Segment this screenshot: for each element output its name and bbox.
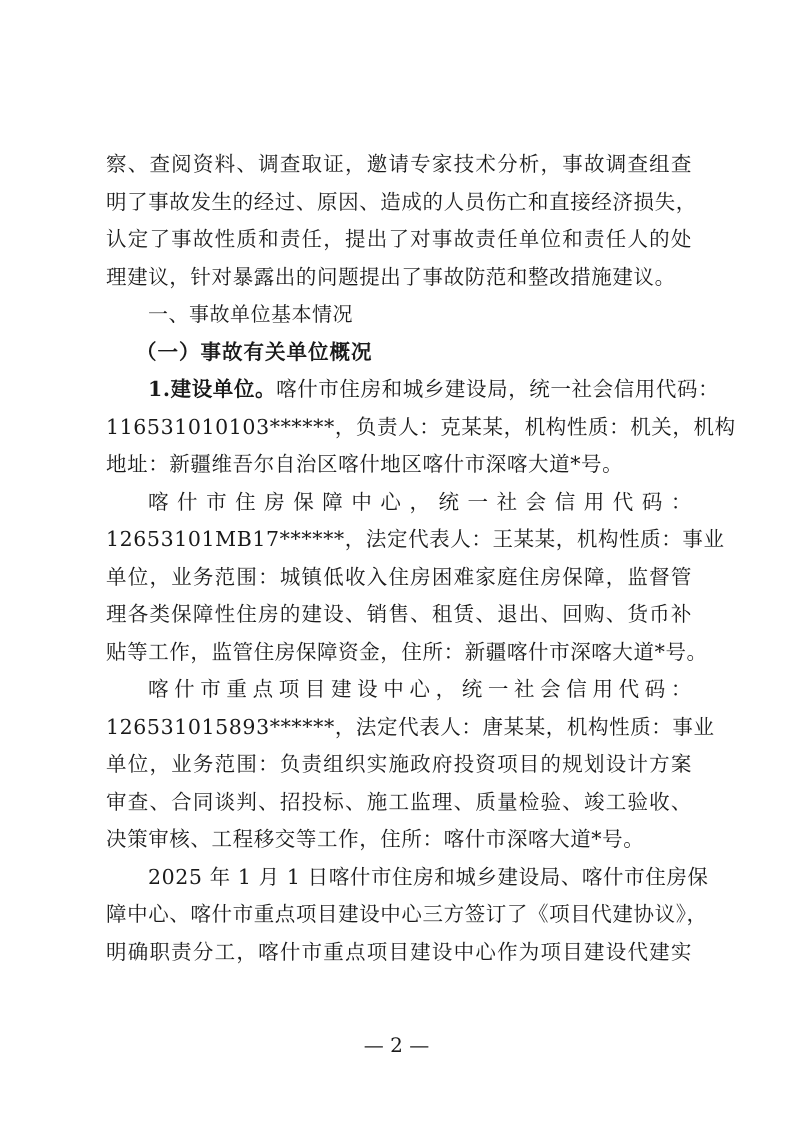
text-line: 理建议，针对暴露出的问题提出了事故防范和整改措施建议。	[106, 259, 692, 297]
text-line: 明了事故发生的经过、原因、造成的人员伤亡和直接经济损失，	[106, 184, 692, 222]
housing-center-paragraph: 喀什市住房保障中心，统一社会信用代码： 12653101MB17******，法…	[106, 484, 692, 672]
key-project-center-paragraph: 喀什市重点项目建设中心，统一社会信用代码： 126531015893******…	[106, 671, 692, 859]
text-line: 126531015893******，法定代表人：唐某某，机构性质：事业	[106, 709, 692, 747]
text-line: 喀什市住房保障中心，统一社会信用代码：	[106, 484, 692, 522]
text-line: 明确职责分工，喀什市重点项目建设中心作为项目建设代建实	[106, 934, 692, 972]
text-line: 审查、合同谈判、招投标、施工监理、质量检验、竣工验收、	[106, 784, 692, 822]
text-line: 障中心、喀什市重点项目建设中心三方签订了《项目代建协议》，	[106, 896, 692, 934]
text-line: 116531010103******，负责人：克某某，机构性质：机关，机构	[106, 409, 692, 447]
document-page: 察、查阅资料、调查取证，邀请专家技术分析，事故调查组查 明了事故发生的经过、原因…	[106, 146, 692, 971]
text-line: 贴等工作，监管住房保障资金，住所：新疆喀什市深喀大道*号。	[106, 634, 692, 672]
item-lead: 1.建设单位。	[148, 377, 276, 401]
construction-unit-paragraph: 1.建设单位。喀什市住房和城乡建设局，统一社会信用代码： 11653101010…	[106, 371, 692, 484]
text-line: 单位，业务范围：负责组织实施政府投资项目的规划设计方案	[106, 746, 692, 784]
text-line: 12653101MB17******，法定代表人：王某某，机构性质：事业	[106, 521, 692, 559]
text-line: 决策审核、工程移交等工作，住所：喀什市深喀大道*号。	[106, 821, 692, 859]
page-number: — 2 —	[0, 1033, 793, 1057]
text-line: 察、查阅资料、调查取证，邀请专家技术分析，事故调查组查	[106, 146, 692, 184]
agreement-paragraph: 2025 年 1 月 1 日喀什市住房和城乡建设局、喀什市住房保 障中心、喀什市…	[106, 859, 692, 972]
text-line: 2025 年 1 月 1 日喀什市住房和城乡建设局、喀什市住房保	[106, 859, 692, 897]
item-text: 喀什市住房和城乡建设局，统一社会信用代码：	[276, 377, 719, 401]
text-line: 理各类保障性住房的建设、销售、租赁、退出、回购、货币补	[106, 596, 692, 634]
text-line: 认定了事故性质和责任，提出了对事故责任单位和责任人的处	[106, 221, 692, 259]
section-heading: 一、事故单位基本情况	[106, 296, 692, 334]
text-line: 地址：新疆维吾尔自治区喀什地区喀什市深喀大道*号。	[106, 446, 692, 484]
text-line: 喀什市重点项目建设中心，统一社会信用代码：	[106, 671, 692, 709]
text-line: 单位，业务范围：城镇低收入住房困难家庭住房保障，监督管	[106, 559, 692, 597]
subsection-heading: （一）事故有关单位概况	[106, 334, 692, 372]
text-line: 1.建设单位。喀什市住房和城乡建设局，统一社会信用代码：	[106, 371, 692, 409]
intro-paragraph: 察、查阅资料、调查取证，邀请专家技术分析，事故调查组查 明了事故发生的经过、原因…	[106, 146, 692, 296]
